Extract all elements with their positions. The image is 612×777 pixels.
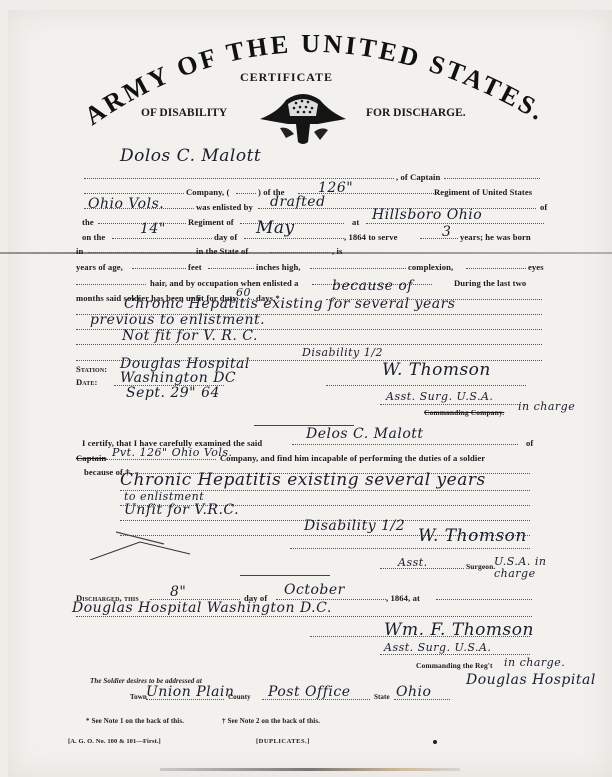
- commanding-company-label: Commanding Company.: [424, 408, 504, 417]
- county-label: County: [228, 693, 251, 701]
- state-vols-field[interactable]: Ohio Vols.: [88, 196, 164, 212]
- company-field-2[interactable]: Pvt. 126" Ohio Vols.: [112, 446, 233, 459]
- footnote-1: * See Note 1 on the back of this.: [86, 717, 184, 725]
- bottom-edge-fold: [160, 768, 460, 771]
- footnote-2: † See Note 2 on the back of this.: [222, 717, 320, 725]
- captain-label-struck: Captain: [76, 453, 106, 463]
- duplicates-label: [DUPLICATES.]: [256, 738, 310, 745]
- surgeon-suffix[interactable]: U.S.A. in charge: [494, 556, 574, 580]
- reason2-line-1[interactable]: Chronic Hepatitis existing several years: [120, 470, 486, 490]
- inches-label: inches high,: [256, 262, 301, 272]
- hospital-note[interactable]: Douglas Hospital: [466, 672, 596, 688]
- signature-2[interactable]: W. Thomson: [418, 526, 527, 546]
- reason-line-1[interactable]: because of: [332, 278, 413, 294]
- date-field-1[interactable]: Washington DC: [120, 370, 236, 386]
- in-label: in: [76, 246, 83, 256]
- surgeon-label: Surgeon.: [466, 562, 495, 571]
- reason-line-4[interactable]: Not fit for V. R. C.: [122, 328, 258, 344]
- years-born-label: years; he was born: [460, 232, 531, 242]
- stray-pen-mark-icon: [80, 520, 200, 560]
- disability-subtitle: OF DISABILITY: [141, 107, 227, 119]
- state-label: State: [374, 693, 390, 701]
- regiment-of-label: Regiment of: [188, 217, 234, 227]
- enlist-month-field[interactable]: May: [256, 218, 295, 238]
- hair-label: hair, and by occupation when enlisted a: [150, 278, 299, 288]
- day-of-label: day of: [214, 232, 237, 242]
- state-of-label: in the State of: [196, 246, 248, 256]
- eagle-emblem-icon: [258, 86, 348, 146]
- feet-label: feet: [188, 262, 202, 272]
- years-age-label: years of age,: [76, 262, 123, 272]
- discharge-year-label: , 1864, at: [386, 593, 420, 603]
- signature-1[interactable]: W. Thomson: [382, 360, 491, 380]
- of-label: of: [540, 202, 547, 212]
- reason2-line-4[interactable]: Disability 1/2: [304, 518, 405, 534]
- of-label-2: of: [526, 438, 533, 448]
- order-reference: [A. G. O. No. 100 & 101—First.]: [68, 738, 161, 745]
- discharge-day-field[interactable]: 8": [170, 584, 186, 600]
- certify-soldier-name[interactable]: Delos C. Malott: [306, 426, 424, 442]
- is-label: , is: [332, 246, 342, 256]
- at-label: at: [352, 217, 359, 227]
- on-the-label: on the: [82, 232, 105, 242]
- town-field[interactable]: Union Plain: [146, 684, 234, 700]
- signature-3[interactable]: Wm. F. Thomson: [384, 620, 534, 640]
- town-label: Town: [130, 693, 147, 701]
- the-label: the: [82, 217, 94, 227]
- discharge-place-field[interactable]: Douglas Hospital Washington D.C.: [72, 600, 332, 616]
- commanding-regiment-label: Commanding the Reg't: [416, 661, 493, 670]
- station-label: Station:: [76, 364, 107, 374]
- state-field[interactable]: Ohio: [396, 684, 431, 700]
- signature-3-title[interactable]: Asst. Surg. U.S.A.: [384, 641, 491, 654]
- last-two-label: During the last two: [454, 278, 526, 288]
- regiment-us-label: Regiment of United States: [434, 187, 532, 197]
- enlisted-by-label: was enlisted by: [196, 202, 253, 212]
- enlisted-at-field[interactable]: Hillsboro Ohio: [372, 207, 482, 223]
- of-captain-label: , of Captain: [396, 172, 440, 182]
- year-label: , 1864 to serve: [344, 232, 398, 242]
- certificate-heading: CERTIFICATE: [240, 70, 333, 85]
- signature-1-title-2[interactable]: in charge: [518, 400, 575, 413]
- soldier-name-field[interactable]: Dolos C. Malott: [120, 146, 261, 166]
- reason-line-2[interactable]: Chronic Hepatitis existing for several y…: [124, 296, 455, 312]
- company-label: Company, (: [186, 187, 230, 197]
- date-field-2[interactable]: Sept. 29" 64: [126, 385, 220, 401]
- discharge-subtitle: FOR DISCHARGE.: [366, 107, 466, 119]
- signature-3-title-2[interactable]: in charge.: [504, 656, 565, 669]
- county-field[interactable]: Post Office: [268, 684, 351, 700]
- company-text-label: Company, and find him incapable of perfo…: [220, 453, 485, 463]
- complexion-label: complexion,: [408, 262, 453, 272]
- reason-line-5[interactable]: Disability 1/2: [302, 346, 383, 359]
- signature-1-title[interactable]: Asst. Surg. U.S.A.: [386, 390, 493, 403]
- date-label: Date:: [76, 377, 97, 387]
- discharge-month-field[interactable]: October: [284, 582, 345, 598]
- reason2-line-3[interactable]: Unfit for V.R.C.: [124, 502, 239, 518]
- eyes-label: eyes: [528, 262, 544, 272]
- dot-mark-icon: [433, 740, 437, 744]
- enlist-day-field[interactable]: 14": [140, 221, 166, 237]
- reason-line-3[interactable]: previous to enlistment.: [90, 312, 265, 328]
